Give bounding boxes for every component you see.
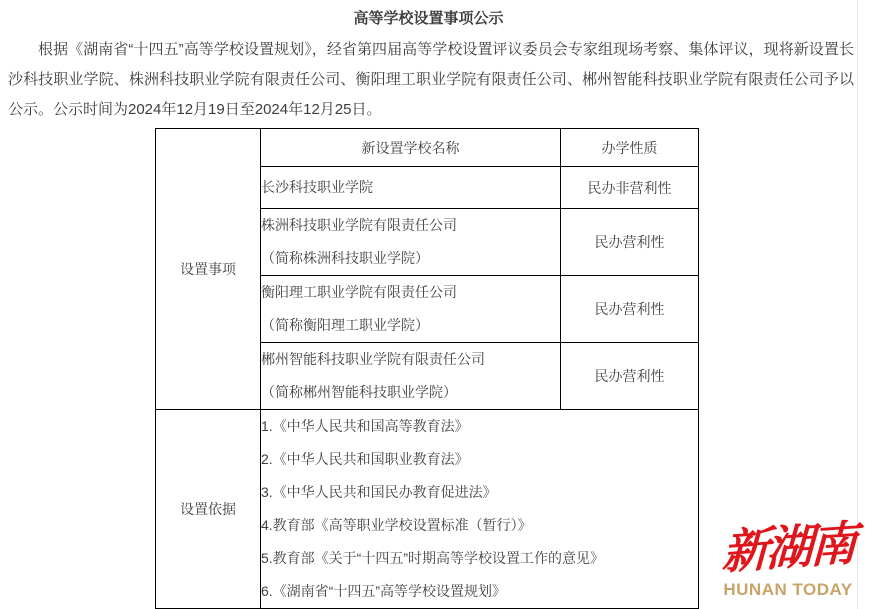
school-name-cell: 衡阳理工职业学院有限责任公司 （简称衡阳理工职业学院） <box>261 276 561 343</box>
table-row-basis: 设置依据 1.《中华人民共和国高等教育法》 2.《中华人民共和国职业教育法》 3… <box>156 410 699 609</box>
nature-cell: 民办营利性 <box>561 276 699 343</box>
school-alias: （简称衡阳理工职业学院） <box>261 309 560 342</box>
school-name-cell: 长沙科技职业学院 <box>261 167 561 209</box>
hunan-today-logo: 新湖南 HUNAN TODAY <box>716 517 860 600</box>
section-label-basis: 设置依据 <box>156 410 261 609</box>
announcement-table: 设置事项 新设置学校名称 办学性质 长沙科技职业学院 民办非营利性 株洲科技职业… <box>155 128 699 609</box>
school-name: 衡阳理工职业学院有限责任公司 <box>261 276 560 309</box>
nature-cell: 民办营利性 <box>561 209 699 276</box>
basis-item: 6.《湖南省“十四五”高等学校设置规划》 <box>261 575 698 608</box>
nature-cell: 民办非营利性 <box>561 167 699 209</box>
basis-item: 3.《中华人民共和国民办教育促进法》 <box>261 476 698 509</box>
table-header-row: 设置事项 新设置学校名称 办学性质 <box>156 129 699 167</box>
school-name: 郴州智能科技职业学院有限责任公司 <box>261 343 560 376</box>
section-label-items: 设置事项 <box>156 129 261 410</box>
logo-chinese-text: 新湖南 <box>715 512 861 584</box>
school-name-cell: 郴州智能科技职业学院有限责任公司 （简称郴州智能科技职业学院） <box>261 343 561 410</box>
school-name: 株洲科技职业学院有限责任公司 <box>261 209 560 242</box>
column-header-nature: 办学性质 <box>561 129 699 167</box>
school-name-cell: 株洲科技职业学院有限责任公司 （简称株洲科技职业学院） <box>261 209 561 276</box>
announcement-paragraph: 根据《湖南省“十四五”高等学校设置规划》，经省第四届高等学校设置评议委员会专家组… <box>8 35 854 125</box>
logo-english-text: HUNAN TODAY <box>716 580 860 600</box>
page-title: 高等学校设置事项公示 <box>0 7 857 28</box>
school-name: 长沙科技职业学院 <box>261 171 560 204</box>
basis-item: 5.教育部《关于“十四五”时期高等学校设置工作的意见》 <box>261 542 698 575</box>
school-alias: （简称郴州智能科技职业学院） <box>261 376 560 409</box>
basis-item: 1.《中华人民共和国高等教育法》 <box>261 410 698 443</box>
basis-item: 2.《中华人民共和国职业教育法》 <box>261 443 698 476</box>
nature-cell: 民办营利性 <box>561 343 699 410</box>
school-alias: （简称株洲科技职业学院） <box>261 242 560 275</box>
column-header-school-name: 新设置学校名称 <box>261 129 561 167</box>
basis-item: 4.教育部《高等职业学校设置标准（暂行）》 <box>261 509 698 542</box>
basis-list-cell: 1.《中华人民共和国高等教育法》 2.《中华人民共和国职业教育法》 3.《中华人… <box>261 410 699 609</box>
